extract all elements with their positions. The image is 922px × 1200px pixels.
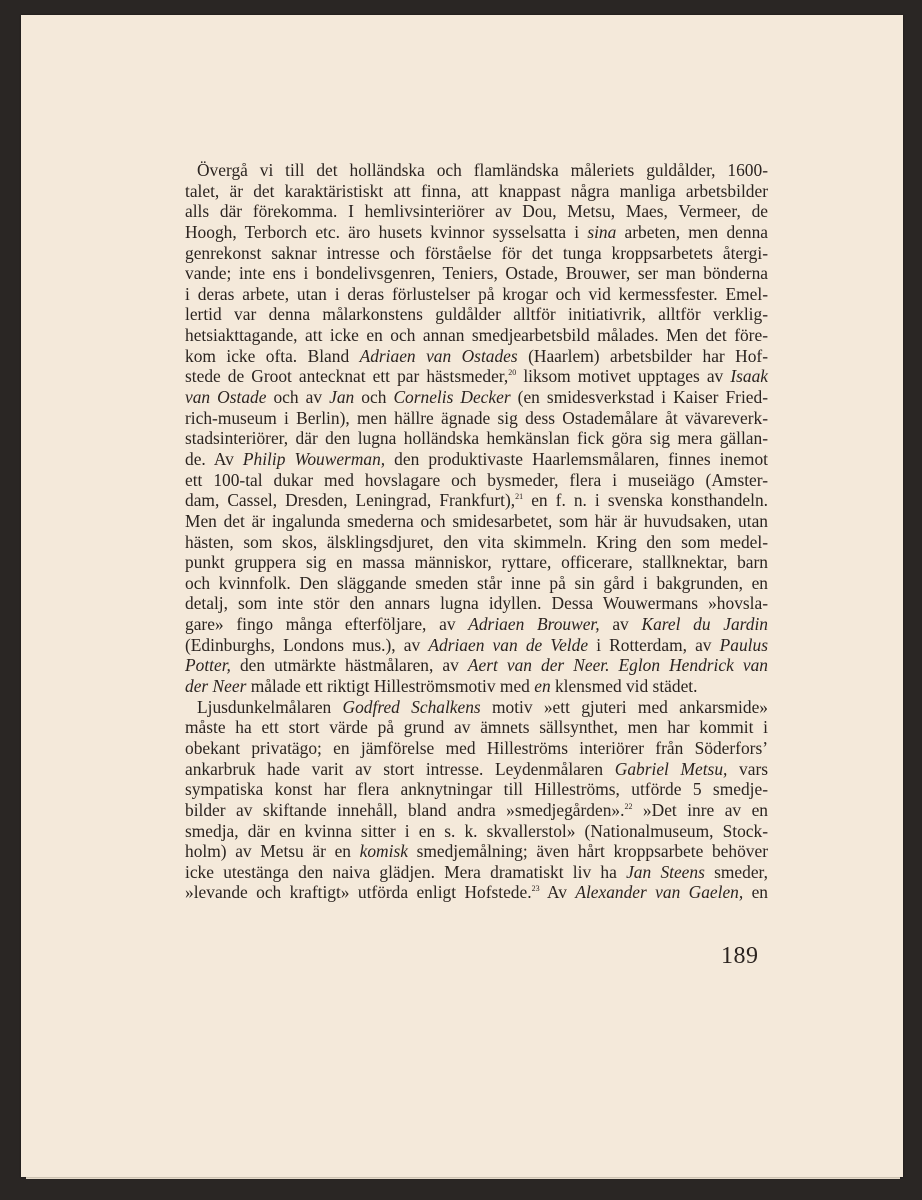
text-line: och kvinnfolk. Den släggande smeden står…: [185, 573, 768, 594]
text-line: de. Av Philip Wouwerman, den produktivas…: [185, 449, 768, 470]
text-line: Ljusdunkelmålaren Godfred Schalkens moti…: [185, 697, 768, 718]
text-line: Hoogh, Terborch etc. äro husets kvinnor …: [185, 222, 768, 243]
italic-name: Paulus: [720, 635, 768, 655]
text-line: ankarbruk hade varit av stort intresse. …: [185, 759, 768, 780]
text-line: smedja, där en kvinna sitter i en s. k. …: [185, 821, 768, 842]
paragraph: Övergå vi till det holländska och flamlä…: [185, 160, 768, 697]
text-line: i deras arbete, utan i deras förlustelse…: [185, 284, 768, 305]
footnote-marker: 23: [532, 884, 540, 893]
text-line: talet, är det karaktäristiskt att finna,…: [185, 181, 768, 202]
italic-name: Adriaen van de Velde: [428, 635, 588, 655]
italic-name: Potter,: [185, 655, 231, 675]
text-line: rich-museum i Berlin), men hällre ägnade…: [185, 408, 768, 429]
text-line: lertid var denna målarkonstens guldålder…: [185, 304, 768, 325]
text-line: hetsiakttagande, att icke en och annan s…: [185, 325, 768, 346]
paragraph: Ljusdunkelmålaren Godfred Schalkens moti…: [185, 697, 768, 903]
italic-name: Philip Wouwerman,: [243, 449, 385, 469]
text-line: bilder av skiftande innehåll, bland andr…: [185, 800, 768, 821]
italic-name: van Ostade: [185, 387, 266, 407]
text-line: genrekonst saknar intresse och förståels…: [185, 243, 768, 264]
italic-name: Adriaen Brouwer,: [468, 614, 599, 634]
text-line: (Edinburghs, Londons mus.), av Adriaen v…: [185, 635, 768, 656]
italic-name: en: [534, 676, 550, 696]
text-line: vande; inte ens i bondelivsgenren, Tenie…: [185, 263, 768, 284]
text-line: punkt gruppera sig en massa människor, r…: [185, 552, 768, 573]
text-line: Övergå vi till det holländska och flamlä…: [185, 160, 768, 181]
italic-name: Godfred Schalkens: [343, 697, 481, 717]
text-line: der Neer målade ett riktigt Hilleströmsm…: [185, 676, 768, 697]
footnote-marker: 22: [624, 802, 632, 811]
text-line: van Ostade och av Jan och Cornelis Decke…: [185, 387, 768, 408]
italic-name: der Neer: [185, 676, 246, 696]
text-line: kom icke ofta. Bland Adriaen van Ostades…: [185, 346, 768, 367]
text-line: holm) av Metsu är en komisk smedjemålnin…: [185, 841, 768, 862]
footnote-marker: 20: [508, 368, 516, 377]
italic-name: Cornelis Decker: [393, 387, 510, 407]
italic-name: Jan: [329, 387, 354, 407]
text-line: icke utestänga den naiva glädjen. Mera d…: [185, 862, 768, 883]
italic-name: sina: [587, 222, 616, 242]
text-line: dam, Cassel, Dresden, Leningrad, Frankfu…: [185, 490, 768, 511]
text-line: stede de Groot antecknat ett par hästsme…: [185, 366, 768, 387]
text-line: stadsinteriörer, där den lugna holländsk…: [185, 428, 768, 449]
text-line: gare» fingo många efterföljare, av Adria…: [185, 614, 768, 635]
italic-name: Isaak: [730, 366, 768, 386]
text-line: alls där förekomma. I hemlivsinteriörer …: [185, 201, 768, 222]
text-line: Men det är ingalunda smederna och smides…: [185, 511, 768, 532]
text-line: ett 100-tal dukar med hovslagare och bys…: [185, 470, 768, 491]
text-line: Potter, den utmärkte hästmålaren, av Aer…: [185, 655, 768, 676]
italic-name: komisk: [360, 841, 408, 861]
page-number: 189: [721, 943, 759, 970]
italic-name: Karel du Jardin: [641, 614, 768, 634]
text-line: måste ha ett stort värde på grund av ämn…: [185, 717, 768, 738]
footnote-marker: 21: [515, 492, 523, 501]
text-line: sympatiska konst har flera anknytningar …: [185, 779, 768, 800]
italic-name: Gabriel Metsu,: [615, 759, 728, 779]
text-line: obekant privatägo; en jämförelse med Hil…: [185, 738, 768, 759]
italic-name: Aert van der Neer. Eglon Hendrick van: [468, 655, 768, 675]
italic-name: Adriaen van Ostades: [360, 346, 518, 366]
italic-name: Jan Steens: [626, 862, 705, 882]
text-line: »levande och kraftigt» utförda enligt Ho…: [185, 882, 768, 903]
text-line: detalj, som inte stör den annars lugna i…: [185, 593, 768, 614]
body-text: Övergå vi till det holländska och flamlä…: [185, 160, 768, 903]
book-page: Övergå vi till det holländska och flamlä…: [21, 15, 903, 1177]
text-line: hästen, som skos, älsklingsdjuret, den v…: [185, 532, 768, 553]
italic-name: Alexander van Gaelen,: [575, 882, 743, 902]
